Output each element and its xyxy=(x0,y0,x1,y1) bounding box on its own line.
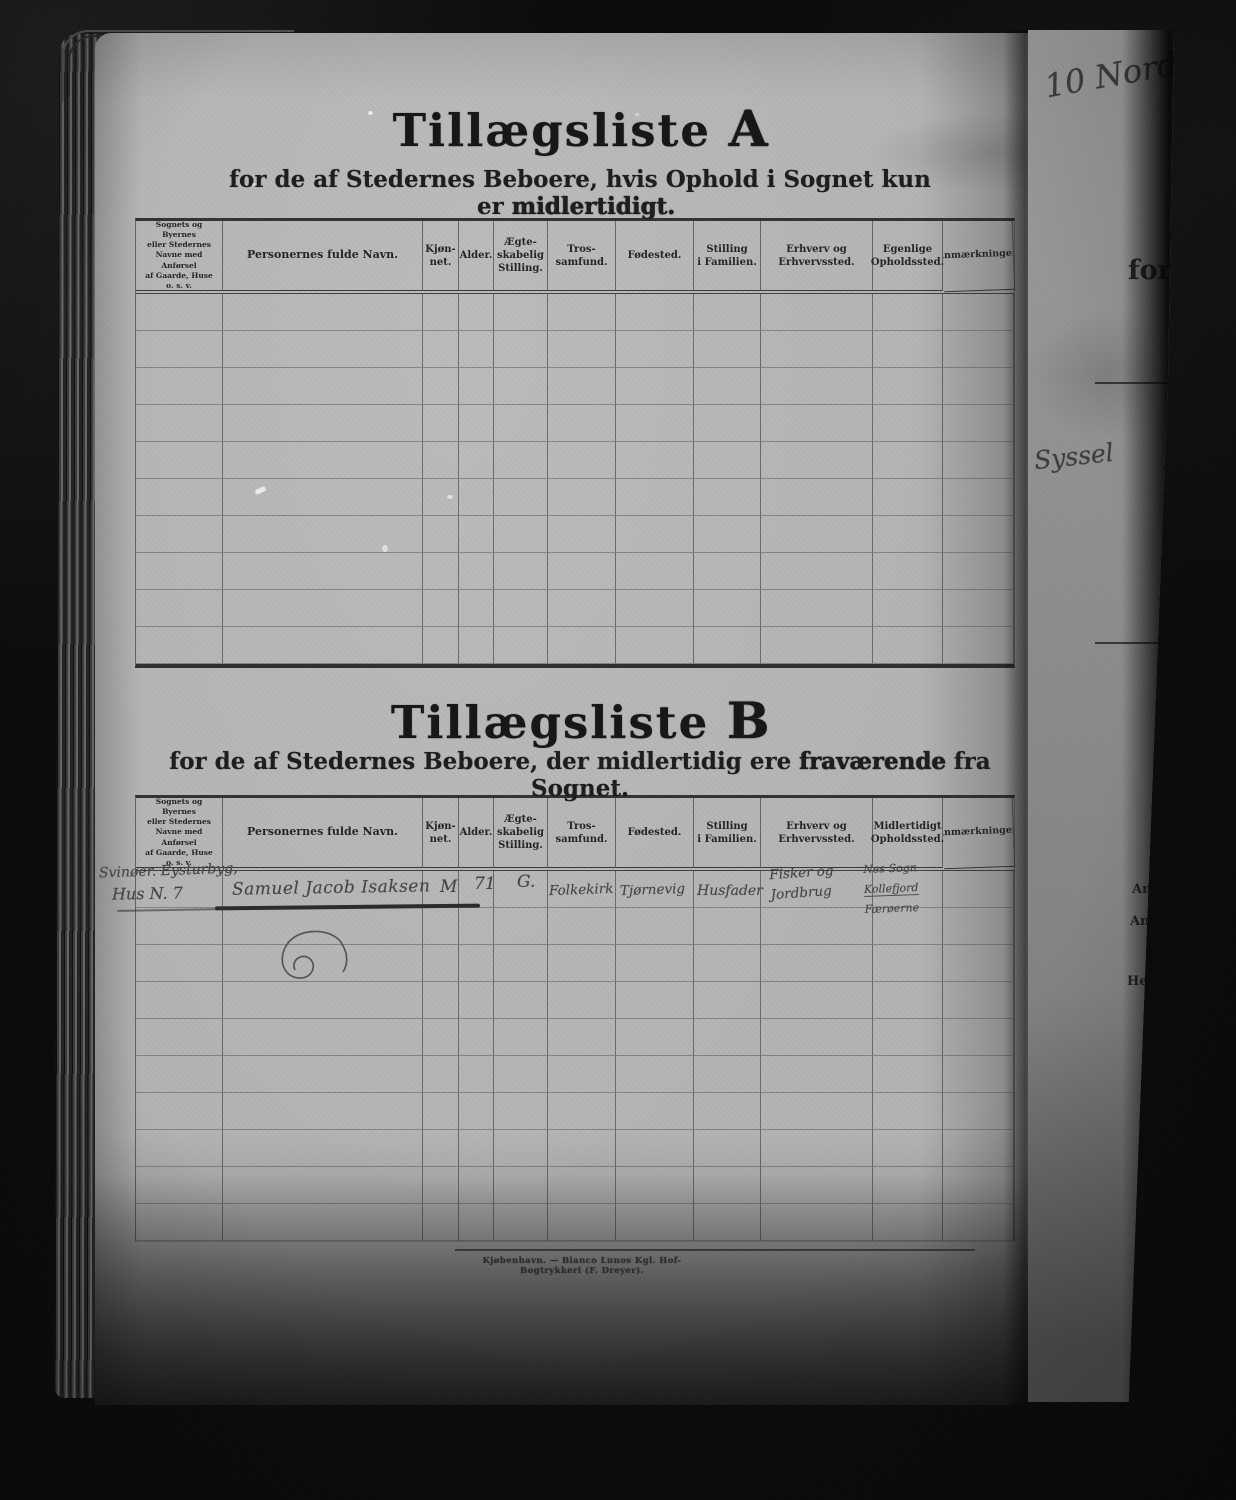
table-cell xyxy=(494,442,548,479)
table-cell xyxy=(548,1167,616,1204)
table-cell xyxy=(423,368,459,405)
col-header-occupation: Erhverv og Erhvervssted. xyxy=(761,221,873,291)
table-cell xyxy=(548,1093,616,1130)
table-cell xyxy=(459,479,494,516)
table-cell xyxy=(616,982,694,1019)
table-cell xyxy=(136,479,223,516)
table-cell xyxy=(761,1056,873,1093)
table-cell xyxy=(423,945,459,982)
table-cell xyxy=(694,1204,761,1241)
table-cell xyxy=(548,590,616,627)
table-cell xyxy=(761,908,873,945)
table-cell xyxy=(873,1093,943,1130)
col-header-name: Personernes fulde Navn. xyxy=(223,221,423,291)
table-cell xyxy=(694,1093,761,1130)
scanned-census-page: Tillægsliste A for de af Stedernes Beboe… xyxy=(0,0,1236,1500)
table-cell xyxy=(494,1204,548,1241)
table-cell xyxy=(136,1130,223,1167)
table-cell xyxy=(761,871,873,908)
table-cell xyxy=(459,1056,494,1093)
table-cell xyxy=(494,908,548,945)
table-cell xyxy=(223,1204,423,1241)
table-cell xyxy=(694,479,761,516)
table-cell xyxy=(616,1019,694,1056)
table-cell xyxy=(223,294,423,331)
table-cell xyxy=(494,331,548,368)
table-cell xyxy=(616,553,694,590)
page-curve-shadow xyxy=(1122,30,1174,1402)
table-cell xyxy=(548,331,616,368)
supplementary-list-a-table: Sognets og Byernes eller Stedernes Navne… xyxy=(135,218,1015,668)
table-cell xyxy=(459,442,494,479)
table-cell xyxy=(548,294,616,331)
table-cell xyxy=(223,331,423,368)
table-cell xyxy=(136,442,223,479)
adjacent-page: 10 Nord for Syssel Antal Antal Hert xyxy=(1028,30,1174,1402)
table-cell xyxy=(494,1019,548,1056)
col-header-family-position: Stilling i Familien. xyxy=(694,221,761,291)
table-cell xyxy=(223,516,423,553)
table-cell xyxy=(873,1056,943,1093)
table-cell xyxy=(459,982,494,1019)
col-header-temporary-residence: Midlertidigt Opholdssted. xyxy=(873,798,943,868)
table-cell xyxy=(761,945,873,982)
table-cell xyxy=(223,553,423,590)
table-cell xyxy=(459,516,494,553)
table-cell xyxy=(694,1130,761,1167)
table-cell xyxy=(459,871,494,908)
col-header-sex: Kjøn- net. xyxy=(423,221,459,291)
table-cell xyxy=(761,368,873,405)
table-cell xyxy=(223,1019,423,1056)
table-cell xyxy=(616,294,694,331)
table-cell xyxy=(761,442,873,479)
table-cell xyxy=(423,590,459,627)
table-cell xyxy=(873,479,943,516)
col-header-residence: Egenlige Opholdssted. xyxy=(873,221,943,291)
col-header-age: Alder. xyxy=(459,221,494,291)
table-cell xyxy=(136,627,223,664)
table-cell xyxy=(761,1204,873,1241)
table-cell xyxy=(548,479,616,516)
table-cell xyxy=(423,982,459,1019)
table-cell xyxy=(548,368,616,405)
table-cell xyxy=(494,590,548,627)
table-cell xyxy=(873,516,943,553)
table-cell xyxy=(548,405,616,442)
list-a-title-letter: A xyxy=(729,99,768,158)
table-cell xyxy=(136,1167,223,1204)
table-cell xyxy=(423,627,459,664)
table-cell xyxy=(423,908,459,945)
table-cell xyxy=(873,442,943,479)
supplementary-list-b-table: Sognets og Byernes eller Stedernes Navne… xyxy=(135,795,1015,1242)
table-cell xyxy=(548,1056,616,1093)
table-cell xyxy=(459,627,494,664)
table-cell xyxy=(459,1019,494,1056)
table-cell xyxy=(873,945,943,982)
table-cell xyxy=(616,945,694,982)
table-cell xyxy=(694,553,761,590)
table-cell xyxy=(548,516,616,553)
table-cell xyxy=(694,516,761,553)
table-cell xyxy=(494,945,548,982)
table-cell xyxy=(136,1019,223,1056)
table-cell xyxy=(694,908,761,945)
table-cell xyxy=(761,553,873,590)
table-cell xyxy=(761,1019,873,1056)
list-a-title-word: Tillægsliste xyxy=(393,104,711,157)
table-cell xyxy=(223,945,423,982)
table-cell xyxy=(223,442,423,479)
table-cell xyxy=(423,294,459,331)
table-cell xyxy=(423,1130,459,1167)
col-header-place: Sognets og Byernes eller Stedernes Navne… xyxy=(136,221,223,291)
table-cell xyxy=(136,553,223,590)
table-cell xyxy=(761,479,873,516)
table-cell xyxy=(494,627,548,664)
table-cell xyxy=(873,368,943,405)
census-form-page: Tillægsliste A for de af Stedernes Beboe… xyxy=(95,33,1031,1405)
col-header-name: Personernes fulde Navn. xyxy=(223,798,423,868)
table-cell xyxy=(423,442,459,479)
table-cell xyxy=(548,442,616,479)
table-cell xyxy=(459,368,494,405)
col-header-religion: Tros- samfund. xyxy=(548,798,616,868)
table-cell xyxy=(494,553,548,590)
table-cell xyxy=(616,479,694,516)
table-cell xyxy=(761,1093,873,1130)
list-b-subtitle-bold: fraværende xyxy=(799,748,946,775)
table-cell xyxy=(873,627,943,664)
table-cell xyxy=(494,368,548,405)
table-cell xyxy=(873,553,943,590)
col-header-age: Alder. xyxy=(459,798,494,868)
table-cell xyxy=(694,442,761,479)
list-a-title: Tillægsliste A xyxy=(95,99,1031,158)
table-cell xyxy=(873,590,943,627)
table-cell xyxy=(761,1167,873,1204)
list-b-subtitle: for de af Stedernes Beboere, der midlert… xyxy=(95,748,1031,802)
table-cell xyxy=(761,516,873,553)
list-b-title-word: Tillægsliste xyxy=(391,696,709,749)
table-cell xyxy=(616,1204,694,1241)
table-cell xyxy=(494,294,548,331)
list-a-subtitle-bold: midlertidigt. xyxy=(512,193,676,220)
table-cell xyxy=(873,908,943,945)
table-cell xyxy=(694,1167,761,1204)
table-cell xyxy=(459,908,494,945)
table-cell xyxy=(761,982,873,1019)
table-cell xyxy=(873,1167,943,1204)
table-cell xyxy=(223,1130,423,1167)
list-b-title-letter: B xyxy=(727,691,769,750)
table-cell xyxy=(694,982,761,1019)
table-cell xyxy=(494,1167,548,1204)
table-cell xyxy=(616,442,694,479)
table-cell xyxy=(694,871,761,908)
table-cell xyxy=(136,1093,223,1130)
table-cell xyxy=(459,590,494,627)
table-cell xyxy=(694,945,761,982)
table-cell xyxy=(494,1056,548,1093)
col-header-sex: Kjøn- net. xyxy=(423,798,459,868)
table-cell xyxy=(459,331,494,368)
table-cell xyxy=(423,871,459,908)
table-cell xyxy=(223,1167,423,1204)
table-cell xyxy=(423,1167,459,1204)
table-cell xyxy=(548,553,616,590)
table-cell xyxy=(616,368,694,405)
table-cell xyxy=(136,405,223,442)
list-b-title: Tillægsliste B xyxy=(95,691,1031,750)
table-cell xyxy=(459,405,494,442)
table-cell xyxy=(761,627,873,664)
table-cell xyxy=(423,1056,459,1093)
col-header-religion: Tros- samfund. xyxy=(548,221,616,291)
table-cell xyxy=(423,405,459,442)
table-cell xyxy=(494,1130,548,1167)
table-cell xyxy=(761,331,873,368)
table-cell xyxy=(136,908,223,945)
table-cell xyxy=(494,982,548,1019)
table-cell xyxy=(616,871,694,908)
table-cell xyxy=(694,405,761,442)
table-cell xyxy=(616,1167,694,1204)
table-cell xyxy=(459,1093,494,1130)
table-cell xyxy=(459,294,494,331)
table-cell xyxy=(694,294,761,331)
list-b-subtitle-text: for de af Stedernes Beboere, der midlert… xyxy=(169,748,791,775)
table-cell xyxy=(494,405,548,442)
table-cell xyxy=(548,945,616,982)
table-cell xyxy=(616,1056,694,1093)
table-cell xyxy=(494,479,548,516)
table-cell xyxy=(136,982,223,1019)
table-cell xyxy=(423,1093,459,1130)
table-cell xyxy=(616,1093,694,1130)
col-header-occupation: Erhverv og Erhvervssted. xyxy=(761,798,873,868)
table-cell xyxy=(459,945,494,982)
table-cell xyxy=(616,590,694,627)
table-cell xyxy=(873,1204,943,1241)
table-cell xyxy=(423,516,459,553)
adjacent-syssel-label: Syssel xyxy=(1033,438,1115,475)
table-cell xyxy=(136,368,223,405)
table-cell xyxy=(761,590,873,627)
table-cell xyxy=(223,479,423,516)
col-header-place: Sognets og Byernes eller Stedernes Navne… xyxy=(136,798,223,868)
table-cell xyxy=(873,1130,943,1167)
table-cell xyxy=(494,516,548,553)
table-cell xyxy=(873,405,943,442)
table-cell xyxy=(494,871,548,908)
table-cell xyxy=(136,1056,223,1093)
table-cell xyxy=(694,627,761,664)
table-cell xyxy=(459,553,494,590)
table-cell xyxy=(694,1019,761,1056)
table-cell xyxy=(223,405,423,442)
table-cell xyxy=(616,627,694,664)
col-header-birthplace: Fødested. xyxy=(616,798,694,868)
table-cell xyxy=(873,1019,943,1056)
col-header-marital: Ægte- skabelig Stilling. xyxy=(494,221,548,291)
table-cell xyxy=(548,1019,616,1056)
table-cell xyxy=(223,982,423,1019)
table-cell xyxy=(423,1204,459,1241)
table-cell xyxy=(136,1204,223,1241)
table-cell xyxy=(873,982,943,1019)
table-cell xyxy=(616,1130,694,1167)
table-cell xyxy=(616,405,694,442)
table-cell xyxy=(136,945,223,982)
table-cell xyxy=(761,294,873,331)
table-cell xyxy=(423,479,459,516)
table-cell xyxy=(616,908,694,945)
table-cell xyxy=(694,590,761,627)
col-header-marital: Ægte- skabelig Stilling. xyxy=(494,798,548,868)
table-cell xyxy=(873,871,943,908)
footer-rule-line xyxy=(455,1249,975,1251)
table-cell xyxy=(136,294,223,331)
pen-stroke-mark xyxy=(1140,1138,1170,1162)
table-cell xyxy=(548,908,616,945)
table-cell xyxy=(223,1056,423,1093)
table-cell xyxy=(223,627,423,664)
table-cell xyxy=(761,405,873,442)
table-cell xyxy=(459,1167,494,1204)
table-cell xyxy=(873,294,943,331)
table-cell xyxy=(136,871,223,908)
table-cell xyxy=(548,1130,616,1167)
printer-imprint: Kjøbenhavn. — Bianco Lunos Kgl. Hof-Bogt… xyxy=(457,1256,707,1276)
table-cell xyxy=(459,1204,494,1241)
table-cell xyxy=(223,908,423,945)
table-cell xyxy=(694,368,761,405)
table-cell xyxy=(223,871,423,908)
table-cell xyxy=(548,627,616,664)
table-cell xyxy=(616,331,694,368)
table-cell xyxy=(423,1019,459,1056)
table-cell xyxy=(548,1204,616,1241)
table-cell xyxy=(136,516,223,553)
col-header-birthplace: Fødested. xyxy=(616,221,694,291)
table-cell xyxy=(223,368,423,405)
table-cell xyxy=(761,1130,873,1167)
table-cell xyxy=(223,1093,423,1130)
table-cell xyxy=(616,516,694,553)
col-header-family-position: Stilling i Familien. xyxy=(694,798,761,868)
table-cell xyxy=(873,331,943,368)
table-cell xyxy=(223,590,423,627)
table-cell xyxy=(694,331,761,368)
table-cell xyxy=(459,1130,494,1167)
table-cell xyxy=(548,982,616,1019)
list-a-subtitle: for de af Stedernes Beboere, hvis Ophold… xyxy=(95,166,1031,220)
table-cell xyxy=(548,871,616,908)
table-cell xyxy=(494,1093,548,1130)
table-cell xyxy=(694,1056,761,1093)
table-cell xyxy=(423,331,459,368)
table-cell xyxy=(136,590,223,627)
table-cell xyxy=(136,331,223,368)
table-cell xyxy=(423,553,459,590)
